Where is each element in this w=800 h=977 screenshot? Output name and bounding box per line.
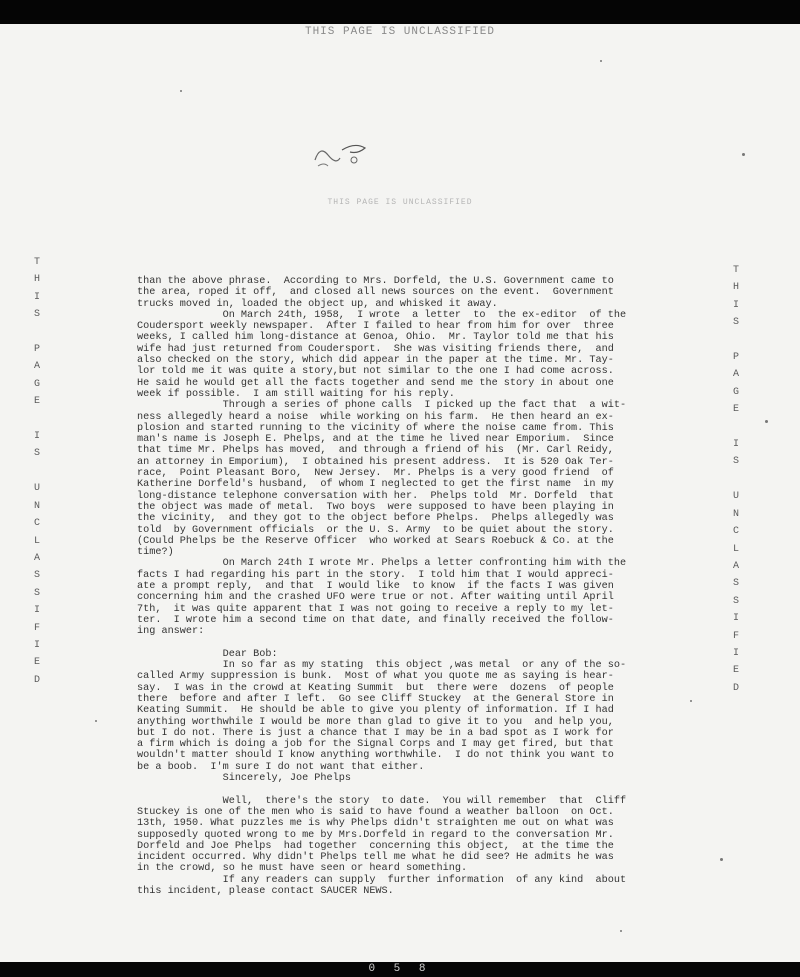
text-line: Katherine Dorfeld's husband, of whom I n…	[137, 479, 697, 490]
stamp-letter: F	[729, 628, 743, 645]
text-line: anything worthwhile I would be more than…	[137, 717, 697, 728]
text-line: week if possible. I am still waiting for…	[137, 389, 697, 400]
text-line: (Could Phelps be the Reserve Officer who…	[137, 536, 697, 547]
stamp-letter: S	[30, 306, 44, 323]
text-line: be a boob. I'm sure I do not want that e…	[137, 762, 697, 773]
text-line: than the above phrase. According to Mrs.…	[137, 276, 697, 287]
text-line: there before and after I left. Go see Cl…	[137, 694, 697, 705]
text-line: Coudersport weekly newspaper. After I fa…	[137, 321, 697, 332]
stamp-letter: S	[30, 585, 44, 602]
text-line: If any readers can supply further inform…	[137, 875, 697, 886]
stamp-letter: A	[729, 558, 743, 575]
stamp-letter: S	[30, 445, 44, 462]
stamp-letter: D	[729, 680, 743, 697]
text-line: Keating Summit. He should be able to giv…	[137, 705, 697, 716]
stamp-letter: P	[30, 341, 44, 358]
text-line: ter. I wrote him a second time on that d…	[137, 615, 697, 626]
stamp-letter: G	[729, 384, 743, 401]
text-line	[137, 638, 697, 649]
text-line: 7th, it was quite apparent that I was no…	[137, 604, 697, 615]
stamp-letter: I	[30, 289, 44, 306]
classification-header: THIS PAGE IS UNCLASSIFIED	[0, 26, 800, 38]
text-line: incident occurred. Why didn't Phelps tel…	[137, 852, 697, 863]
page-code: 0 5 8	[0, 962, 800, 977]
stamp-letter: U	[30, 480, 44, 497]
faded-classification-header: THIS PAGE IS UNCLASSIFIED	[0, 198, 800, 207]
text-line: the area, roped it off, and closed all n…	[137, 287, 697, 298]
stamp-letter: T	[30, 254, 44, 271]
stamp-letter	[30, 324, 44, 341]
stamp-letter: H	[729, 279, 743, 296]
text-line: ate a prompt reply, and that I would lik…	[137, 581, 697, 592]
stamp-letter: A	[729, 366, 743, 383]
stamp-letter: E	[729, 662, 743, 679]
stamp-letter: H	[30, 271, 44, 288]
text-line: plosion and started running to the vicin…	[137, 423, 697, 434]
stamp-letter: A	[30, 358, 44, 375]
side-stamp-right: THIS PAGE IS UNCLASSIFIED	[729, 262, 743, 697]
stamp-letter	[729, 419, 743, 436]
text-line: Stuckey is one of the men who is said to…	[137, 807, 697, 818]
text-line: trucks moved in, loaded the object up, a…	[137, 299, 697, 310]
text-line: lor told me it was quite a story,but not…	[137, 366, 697, 377]
text-line: told by Government officials or the U. S…	[137, 525, 697, 536]
stamp-letter: D	[30, 672, 44, 689]
stamp-letter	[729, 332, 743, 349]
text-line: Dorfeld and Joe Phelps had together conc…	[137, 841, 697, 852]
stamp-letter: I	[729, 436, 743, 453]
text-line: wouldn't matter should I know anything w…	[137, 750, 697, 761]
stamp-letter: I	[30, 428, 44, 445]
text-line: say. I was in the crowd at Keating Summi…	[137, 683, 697, 694]
scan-top-border	[0, 0, 800, 24]
stamp-letter: I	[729, 297, 743, 314]
stamp-letter: C	[30, 515, 44, 532]
stamp-letter: L	[30, 533, 44, 550]
text-line: Sincerely, Joe Phelps	[137, 773, 697, 784]
stamp-letter: S	[729, 593, 743, 610]
text-line	[137, 784, 697, 795]
stamp-letter: S	[729, 314, 743, 331]
stamp-letter	[30, 411, 44, 428]
text-line: On March 24th I wrote Mr. Phelps a lette…	[137, 558, 697, 569]
stamp-letter: C	[729, 523, 743, 540]
text-line: the object was made of metal. Two boys w…	[137, 502, 697, 513]
ink-smudge-icon	[310, 140, 370, 170]
stamp-letter: L	[729, 541, 743, 558]
stamp-letter: S	[729, 453, 743, 470]
stamp-letter: A	[30, 550, 44, 567]
stamp-letter	[30, 463, 44, 480]
document-body: than the above phrase. According to Mrs.…	[137, 276, 697, 897]
text-line: 13th, 1950. What puzzles me is why Phelp…	[137, 818, 697, 829]
text-line: an attorney in Emporium), I obtained his…	[137, 457, 697, 468]
stamp-letter: P	[729, 349, 743, 366]
text-line: a firm which is doing a job for the Sign…	[137, 739, 697, 750]
text-line: wife had just returned from Coudersport.…	[137, 344, 697, 355]
text-line: Dear Bob:	[137, 649, 697, 660]
stamp-letter: S	[729, 575, 743, 592]
stamp-letter	[729, 471, 743, 488]
text-line: Well, there's the story to date. You wil…	[137, 796, 697, 807]
stamp-letter: I	[729, 645, 743, 662]
stamp-letter: I	[30, 637, 44, 654]
stamp-letter: I	[30, 602, 44, 619]
text-line: On March 24th, 1958, I wrote a letter to…	[137, 310, 697, 321]
text-line: Through a series of phone calls I picked…	[137, 400, 697, 411]
stamp-letter: F	[30, 620, 44, 637]
text-line: that time Mr. Phelps has moved, and thro…	[137, 445, 697, 456]
text-line: race, Point Pleasant Boro, New Jersey. M…	[137, 468, 697, 479]
text-line: ing answer:	[137, 626, 697, 637]
text-line: the vicinity, and they got to the object…	[137, 513, 697, 524]
text-line: called Army suppression is bunk. Most of…	[137, 671, 697, 682]
side-stamp-left: THIS PAGE IS UNCLASSIFIED	[30, 254, 44, 689]
text-line: in the crowd, so he must have seen or he…	[137, 863, 697, 874]
stamp-letter: T	[729, 262, 743, 279]
text-line: supposedly quoted wrong to me by Mrs.Dor…	[137, 830, 697, 841]
text-line: ness allegedly heard a noise while worki…	[137, 412, 697, 423]
text-line: long-distance telephone conversation wit…	[137, 491, 697, 502]
stamp-letter: S	[30, 567, 44, 584]
stamp-letter: G	[30, 376, 44, 393]
stamp-letter: E	[30, 654, 44, 671]
text-line: but I do not. There is just a chance tha…	[137, 728, 697, 739]
text-line: facts I had regarding his part in the st…	[137, 570, 697, 581]
text-line: In so far as my stating this object ,was…	[137, 660, 697, 671]
text-line: time?)	[137, 547, 697, 558]
text-line: He said he would get all the facts toget…	[137, 378, 697, 389]
stamp-letter: E	[729, 401, 743, 418]
text-line: this incident, please contact SAUCER NEW…	[137, 886, 697, 897]
stamp-letter: I	[729, 610, 743, 627]
stamp-letter: U	[729, 488, 743, 505]
text-line: man's name is Joseph E. Phelps, and at t…	[137, 434, 697, 445]
stamp-letter: N	[30, 498, 44, 515]
stamp-letter: N	[729, 506, 743, 523]
stamp-letter: E	[30, 393, 44, 410]
text-line: concerning him and the crashed UFO were …	[137, 592, 697, 603]
text-line: weeks, I called him long-distance at Gen…	[137, 332, 697, 343]
text-line: also checked on the story, which did app…	[137, 355, 697, 366]
